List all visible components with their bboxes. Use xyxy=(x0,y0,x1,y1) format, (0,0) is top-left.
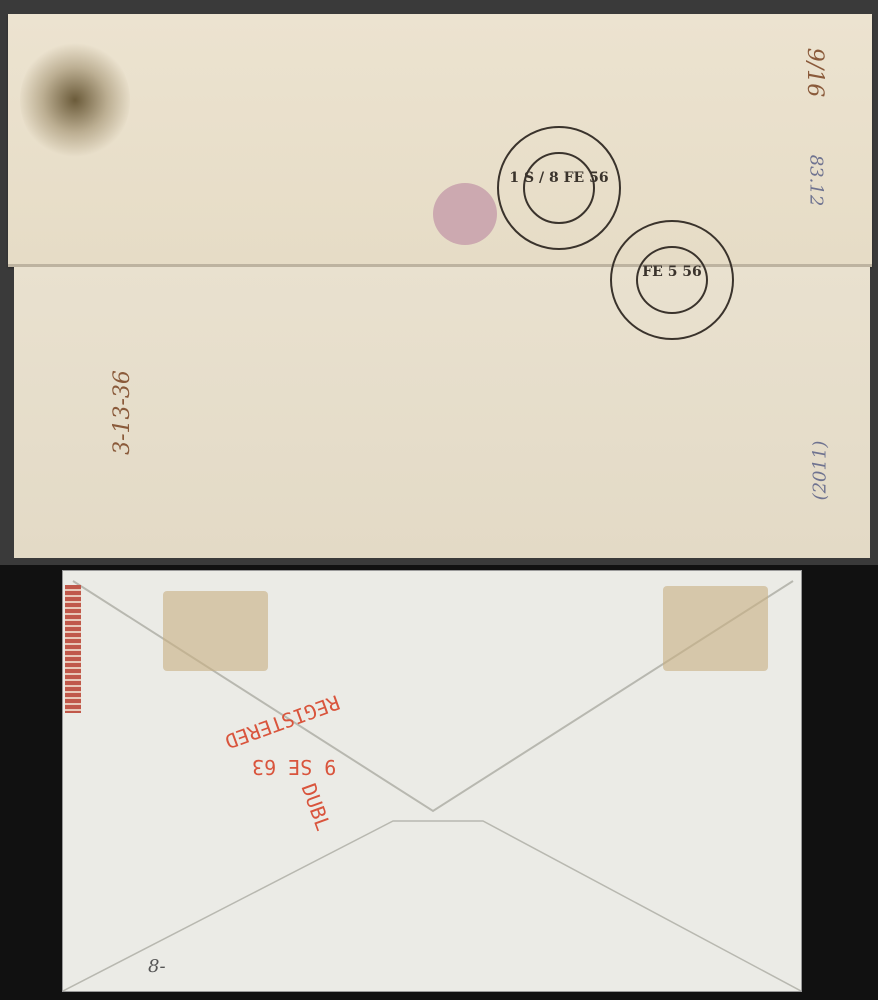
pencil-note: 83.12 xyxy=(805,155,826,207)
postmark-2: FE 5 56 xyxy=(610,220,734,340)
pencil-note: 8- xyxy=(148,956,166,977)
wax-seal xyxy=(433,183,497,245)
envelope-back: 8- xyxy=(62,570,802,992)
registered-postmark: REGISTERED DUBL 9 SE 63 xyxy=(212,700,352,840)
postmark-1: 1 S / 8 FE 56 xyxy=(497,126,621,250)
fold-line xyxy=(8,264,872,267)
pencil-note: (2011) xyxy=(809,441,830,501)
folded-letter-cover: 1 S / 8 FE 56 FE 5 56 9/16 3-13-36 83.12… xyxy=(0,0,878,565)
foxing-stain xyxy=(20,40,130,160)
stamp-fragment xyxy=(65,585,81,713)
letter-bottom-fold xyxy=(14,266,870,558)
manuscript-note: 9/16 xyxy=(802,48,827,97)
manuscript-note: 3-13-36 xyxy=(110,370,135,455)
hinge-remnant xyxy=(663,586,768,671)
hinge-remnant xyxy=(163,591,268,671)
